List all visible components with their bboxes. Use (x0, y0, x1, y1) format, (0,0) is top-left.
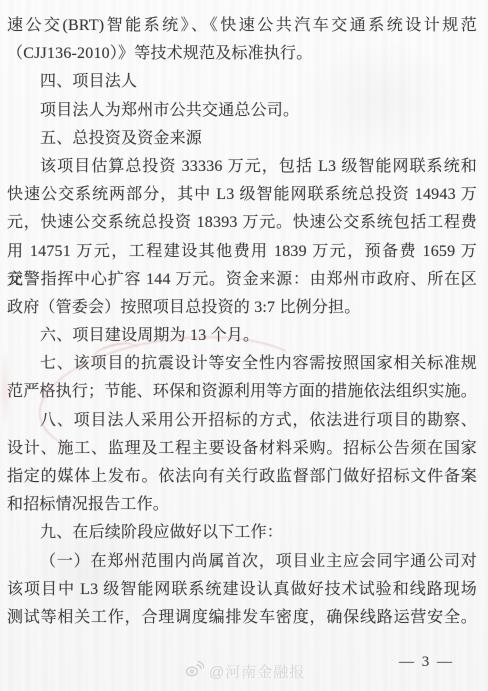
text-line: 快速公交系统两部分，其中 L3 级智能网联系统总投资 14943 万 (7, 181, 477, 209)
scanned-document-page: 速公交(BRT)智能系统》、《快速公共汽车交通系统设计规范（CJJ136-201… (0, 0, 488, 691)
text-line: 用 14751 万元，工程建设其他费用 1839 万元，预备费 1659 万元， (7, 238, 477, 266)
text-line: 速公交(BRT)智能系统》、《快速公共汽车交通系统设计规范 (7, 12, 477, 40)
text-line: 项目法人为郑州市公共交通总公司。 (7, 97, 477, 125)
watermark-text: @河南金融报 (209, 661, 305, 682)
text-line: 五、总投资及资金来源 (7, 125, 477, 153)
text-line: （一）在郑州范围内尚属首次，项目业主应会同宇通公司对 (7, 548, 477, 576)
text-line: 和招标情况报告工作。 (7, 491, 477, 519)
text-line: 该项目中 L3 级智能网联系统建设认真做好技术试验和线路现场 (7, 576, 477, 604)
text-line: 九、在后续阶段应做好以下工作： (7, 519, 477, 547)
text-line: （CJJ136-2010）》等技术规范及标准执行。 (7, 40, 477, 68)
text-line: 元，快速公交系统总投资 18393 万元。快速公交系统包括工程费 (7, 209, 477, 237)
weibo-icon (184, 659, 204, 683)
text-line: 该项目估算总投资 33336 万元，包括 L3 级智能网联系统和 (7, 153, 477, 181)
page-number: — 3 — (399, 654, 454, 671)
text-line: 指定的媒体上发布。依法向有关行政监督部门做好招标文件备案 (7, 463, 477, 491)
red-stamp-remnant (0, 348, 10, 430)
document-text-block: 速公交(BRT)智能系统》、《快速公共汽车交通系统设计规范（CJJ136-201… (7, 12, 477, 632)
text-line: 交警指挥中心扩容 144 万元。资金来源：由郑州市政府、所在区 (7, 266, 477, 294)
watermark: @河南金融报 (184, 659, 305, 683)
page-footer: @河南金融报 — 3 — (0, 643, 488, 691)
text-line: 测试等相关工作，合理调度编排发车密度，确保线路运营安全。 (7, 604, 477, 632)
text-line: 四、项目法人 (7, 68, 477, 96)
text-line: 政府（管委会）按照项目总投资的 3:7 比例分担。 (7, 294, 477, 322)
